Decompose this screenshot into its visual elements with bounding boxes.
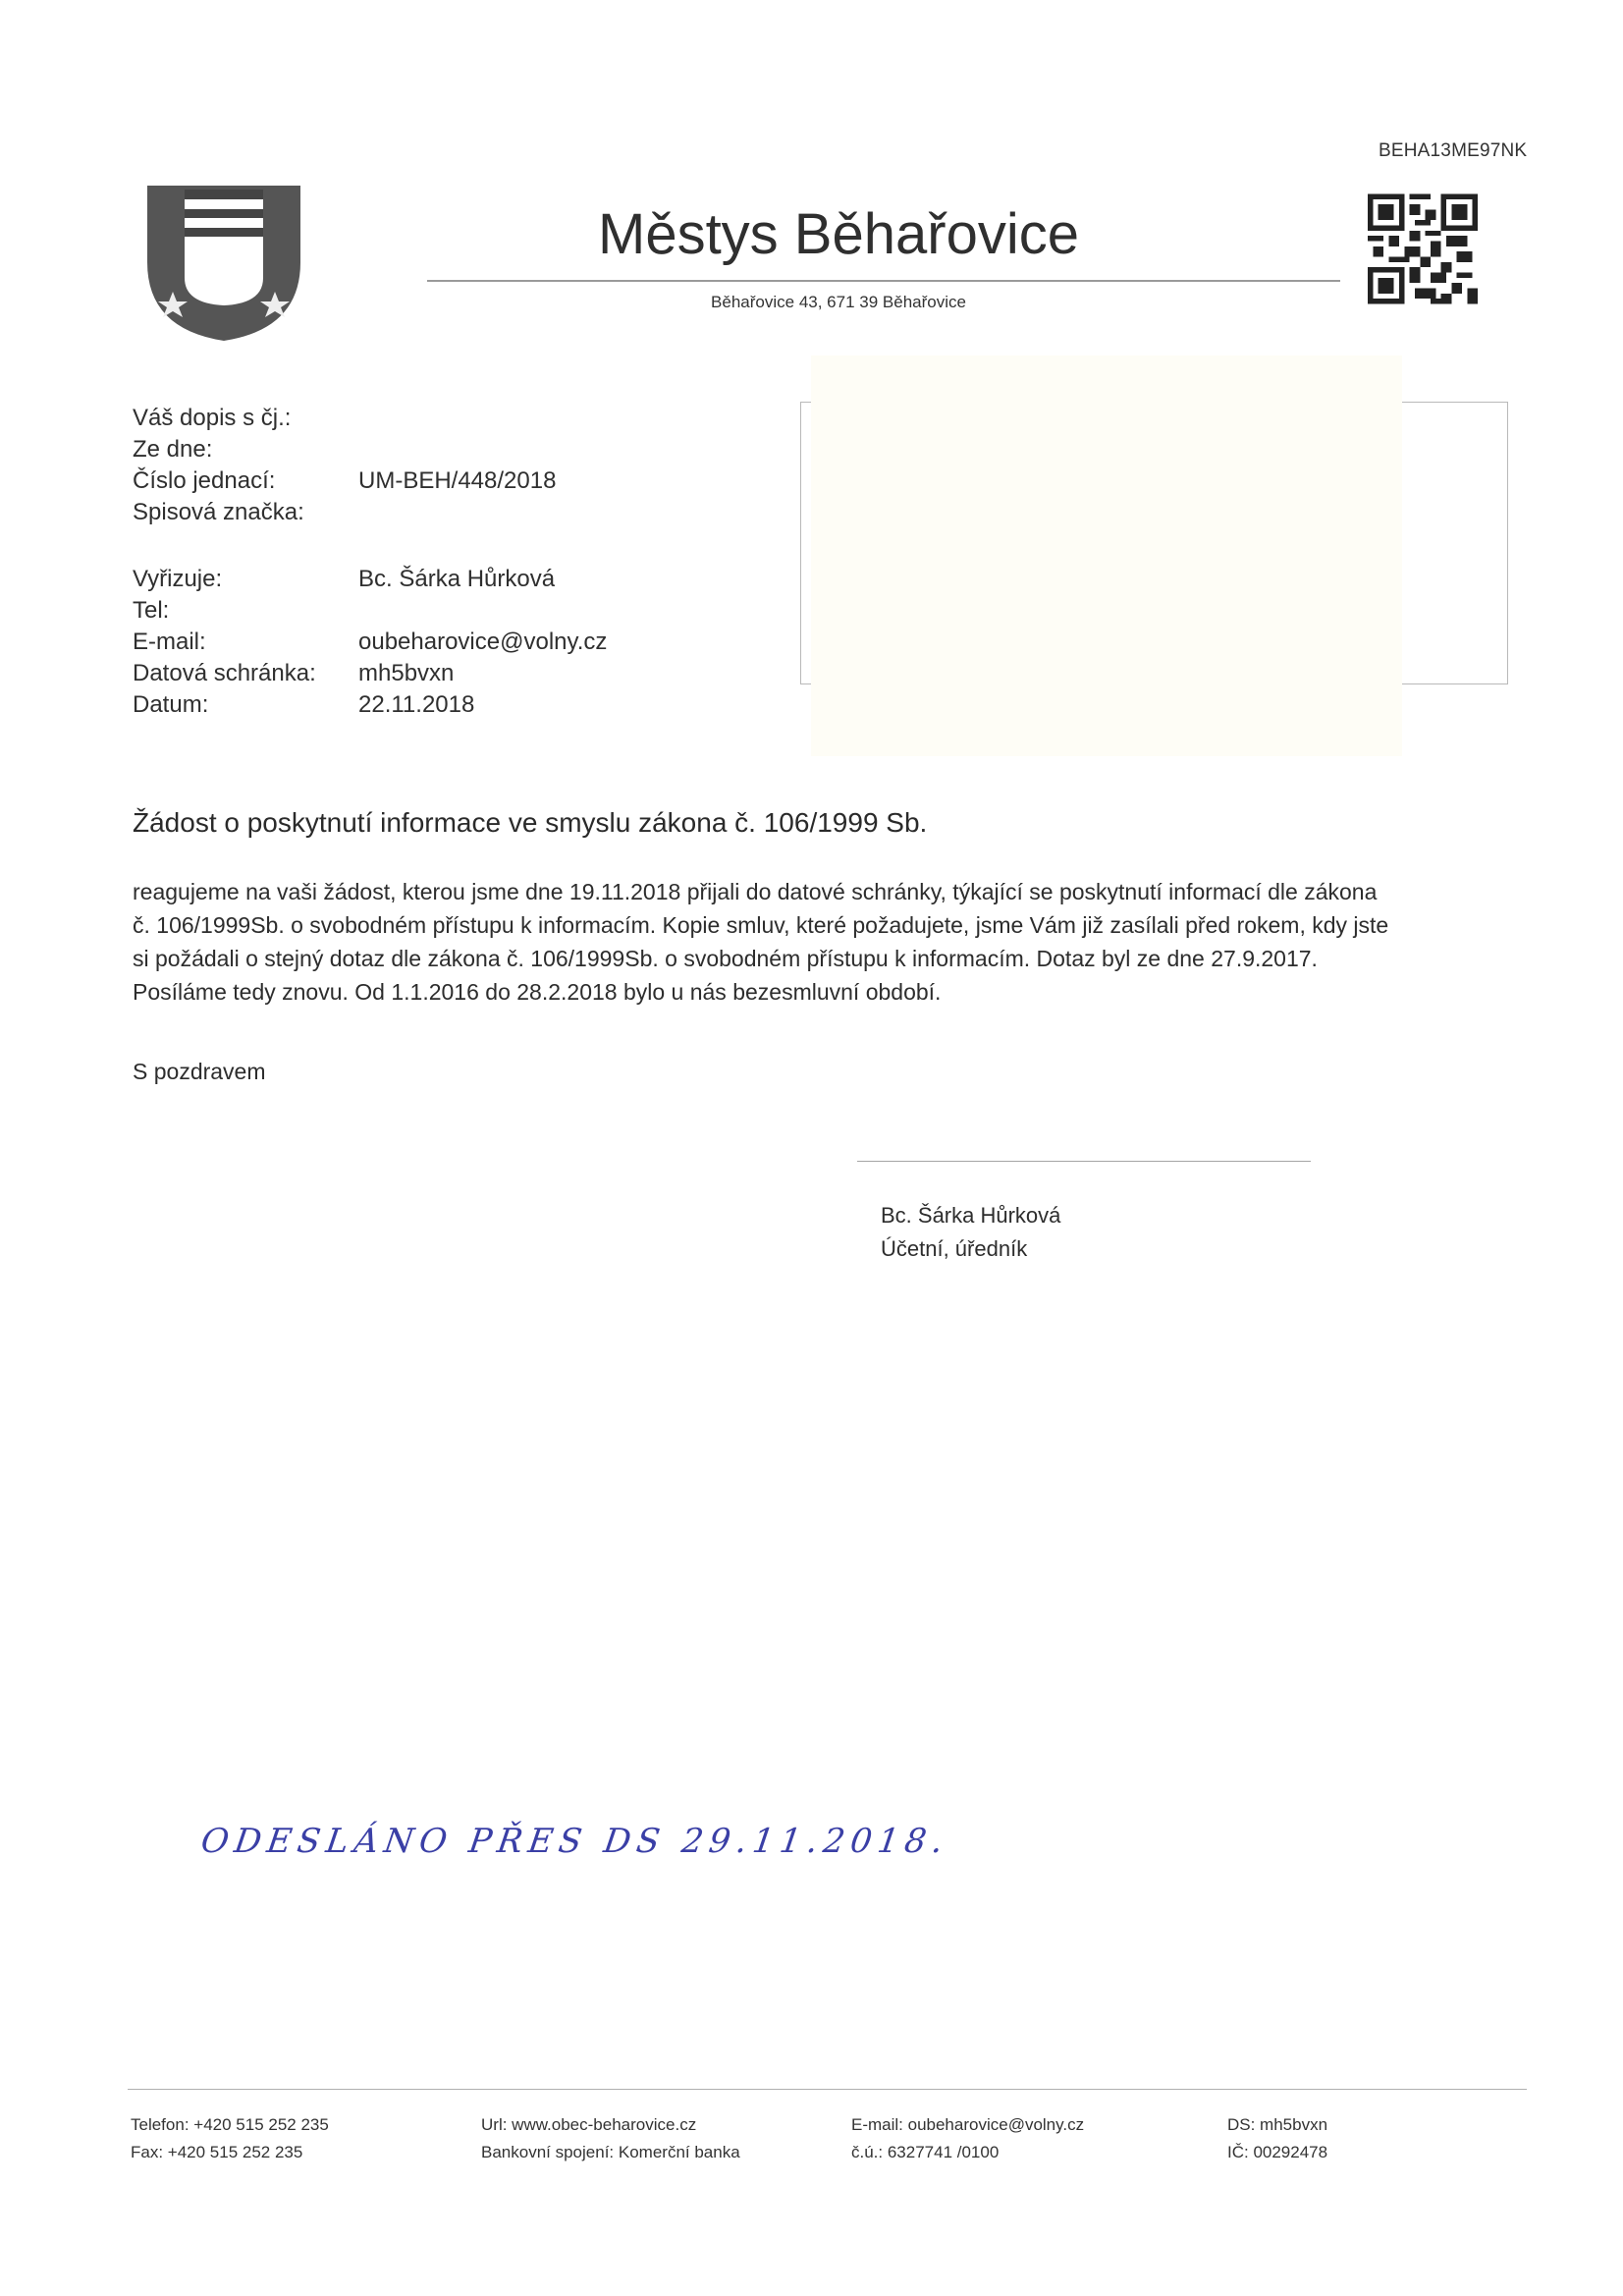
meta-label: Vyřizuje:: [133, 564, 358, 595]
meta-value: oubeharovice@volny.cz: [358, 627, 607, 658]
meta-label: Číslo jednací:: [133, 465, 358, 497]
qr-code-icon: [1368, 192, 1478, 305]
meta-row-your-ref: Váš dopis s čj.:: [133, 403, 607, 434]
body-line: reagujeme na vaši žádost, kterou jsme dn…: [133, 875, 1527, 908]
letter-subject: Žádost o poskytnutí informace ve smyslu …: [133, 807, 927, 839]
footer-url[interactable]: Url: www.obec-beharovice.cz: [481, 2111, 740, 2139]
meta-label: E-mail:: [133, 627, 358, 658]
body-line: si požádali o stejný dotaz dle zákona č.…: [133, 942, 1527, 975]
footer-bank: Bankovní spojení: Komerční banka: [481, 2139, 740, 2166]
footer-contact-phone: Telefon: +420 515 252 235 Fax: +420 515 …: [131, 2111, 329, 2166]
signature-line: [857, 1161, 1311, 1162]
meta-row-date-of: Ze dne:: [133, 434, 607, 465]
footer-data-box: DS: mh5bvxn: [1227, 2111, 1327, 2139]
meta-row-email: E-mail: oubeharovice@volny.cz: [133, 627, 607, 658]
footer-account: č.ú.: 6327741 /0100: [851, 2139, 1084, 2166]
meta-value: 22.11.2018: [358, 689, 474, 721]
title-divider: [427, 280, 1340, 282]
meta-label: Tel:: [133, 595, 358, 627]
footer-fax: Fax: +420 515 252 235: [131, 2139, 329, 2166]
footer-web-bank: Url: www.obec-beharovice.cz Bankovní spo…: [481, 2111, 740, 2166]
closing-greeting: S pozdravem: [133, 1059, 266, 1085]
document-code: BEHA13ME97NK: [1379, 140, 1527, 162]
footer-phone: Telefon: +420 515 252 235: [131, 2111, 329, 2139]
meta-value: mh5bvxn: [358, 658, 454, 689]
footer-email-account: E-mail: oubeharovice@volny.cz č.ú.: 6327…: [851, 2111, 1084, 2166]
meta-value: UM-BEH/448/2018: [358, 465, 556, 497]
meta-label: Datum:: [133, 689, 358, 721]
signatory-name: Bc. Šárka Hůrková: [881, 1199, 1060, 1232]
meta-row-phone: Tel:: [133, 595, 607, 627]
meta-row-file-mark: Spisová značka:: [133, 497, 607, 528]
meta-row-date: Datum: 22.11.2018: [133, 689, 607, 721]
footer-divider: [128, 2089, 1527, 2090]
meta-row-reference-number: Číslo jednací: UM-BEH/448/2018: [133, 465, 607, 497]
footer-company-id: IČ: 00292478: [1227, 2139, 1327, 2166]
footer-email[interactable]: E-mail: oubeharovice@volny.cz: [851, 2111, 1084, 2139]
footer-ids: DS: mh5bvxn IČ: 00292478: [1227, 2111, 1327, 2166]
meta-label: Váš dopis s čj.:: [133, 403, 358, 434]
body-line: Posíláme tedy znovu. Od 1.1.2016 do 28.2…: [133, 975, 1527, 1009]
signatory-position: Účetní, úředník: [881, 1232, 1060, 1266]
body-line: č. 106/1999Sb. o svobodném přístupu k in…: [133, 908, 1527, 942]
meta-row-handled-by: Vyřizuje: Bc. Šárka Hůrková: [133, 564, 607, 595]
signature-block: Bc. Šárka Hůrková Účetní, úředník: [881, 1199, 1060, 1266]
letter-body: reagujeme na vaši žádost, kterou jsme dn…: [133, 875, 1527, 1009]
meta-label: Spisová značka:: [133, 497, 358, 528]
meta-label: Ze dne:: [133, 434, 358, 465]
handwritten-sent-note: ODESLÁNO PŘES DS 29.11.2018.: [198, 1822, 951, 1861]
redacted-recipient-address: [811, 355, 1402, 756]
reference-metadata: Váš dopis s čj.: Ze dne: Číslo jednací: …: [133, 403, 607, 721]
meta-value: Bc. Šárka Hůrková: [358, 564, 555, 595]
meta-label: Datová schránka:: [133, 658, 358, 689]
meta-row-data-box: Datová schránka: mh5bvxn: [133, 658, 607, 689]
